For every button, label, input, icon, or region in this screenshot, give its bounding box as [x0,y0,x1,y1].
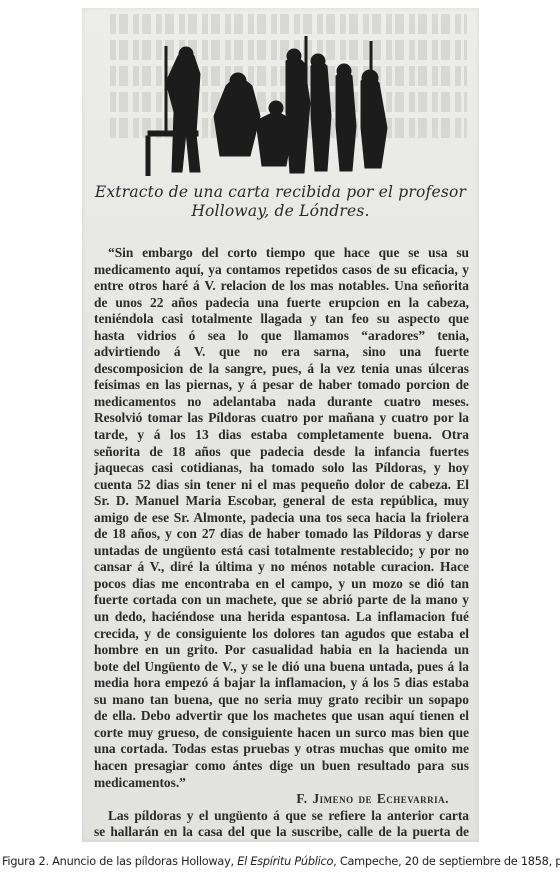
closing-note: Las píldoras y el ungüento á que se refi… [94,808,469,842]
article-body: “Sin embargo del corto tiempo que hace q… [94,245,469,842]
title-line-1: Extracto de una carta recibida por el pr… [82,183,479,202]
caption-text-after: , Campeche, 20 de septiembre de 1858, p.… [333,855,560,868]
caption-label: Figura 2. [2,855,49,868]
engraving-illustration [126,26,426,176]
caption-publication: El Espíritu Público [237,855,333,868]
figure-caption: Figura 2. Anuncio de las píldoras Hollow… [2,855,560,868]
caption-text-before: Anuncio de las píldoras Holloway, [49,855,237,868]
letter-text: “Sin embargo del corto tiempo que hace q… [94,245,469,791]
signature: F. Jimeno de Echevarria. [296,791,449,808]
newspaper-scan: Extracto de una carta recibida por el pr… [82,8,479,842]
article-title: Extracto de una carta recibida por el pr… [82,183,479,221]
title-line-2: Holloway, de Lóndres. [82,202,479,221]
